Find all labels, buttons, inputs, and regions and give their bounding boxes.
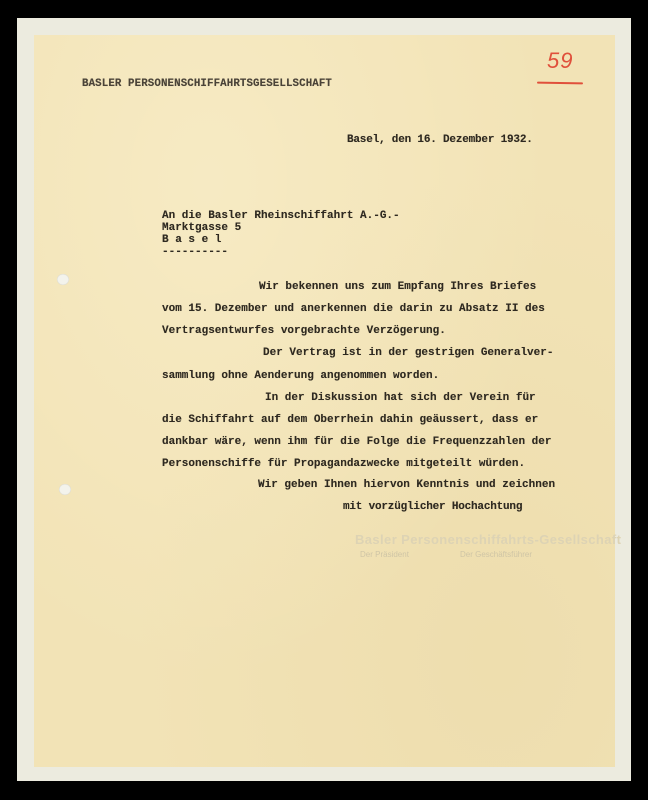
closing-line: mit vorzüglicher Hochachtung [343, 500, 522, 514]
body-line: Wir bekennen uns zum Empfang Ihres Brief… [259, 280, 536, 294]
date-line: Basel, den 16. Dezember 1932. [347, 133, 533, 147]
punch-hole-top [57, 274, 69, 285]
body-line: In der Diskussion hat sich der Verein fü… [265, 391, 536, 405]
stamp-organization: Basler Personenschiffahrts-Gesellschaft [355, 532, 621, 547]
body-line: Wir geben Ihnen hiervon Kenntnis und zei… [258, 478, 555, 492]
body-line: dankbar wäre, wenn ihm für die Folge die… [162, 435, 551, 449]
stamp-label-manager: Der Geschäftsführer [460, 550, 532, 559]
punch-hole-bottom [59, 484, 71, 495]
body-line: die Schiffahrt auf dem Oberrhein dahin g… [162, 413, 538, 427]
handwritten-page-number: 59 [547, 48, 573, 74]
letterhead: BASLER PERSONENSCHIFFAHRTSGESELLSCHAFT [82, 77, 332, 91]
body-line: Vertragsentwurfes vorgebrachte Verzögeru… [162, 324, 446, 338]
body-line: sammlung ohne Aenderung angenommen worde… [162, 369, 439, 383]
body-line: Der Vertrag ist in der gestrigen General… [263, 346, 553, 360]
body-line: Personenschiffe für Propagandazwecke mit… [162, 457, 525, 471]
recipient-underline: ---------- [162, 245, 228, 259]
body-line: vom 15. Dezember und anerkennen die dari… [162, 302, 545, 316]
stamp-label-president: Der Präsident [360, 550, 409, 559]
